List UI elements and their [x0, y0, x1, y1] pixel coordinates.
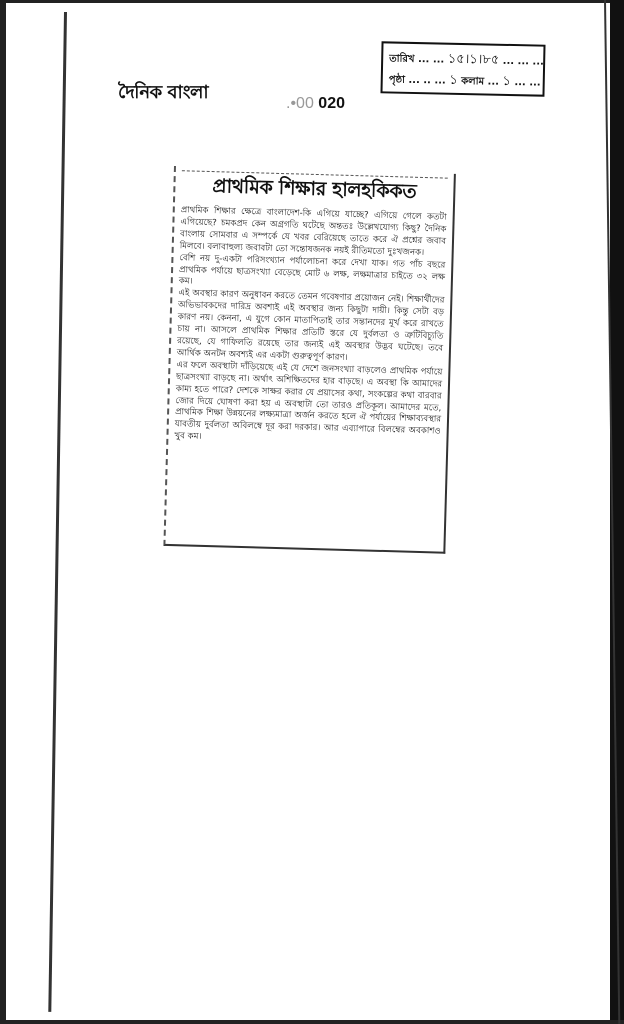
page-row: পৃষ্ঠা ... .. ... ১ কলাম ... ১ ... ...: [389, 69, 537, 93]
page-label: পৃষ্ঠা: [389, 74, 405, 85]
stamp-code-faint: .•00: [286, 95, 314, 112]
date-value: ১৫।১।৮৫: [448, 52, 500, 68]
stamp-code-number: 020: [318, 95, 345, 112]
column-label: কলাম: [461, 76, 484, 87]
date-label: তারিখ: [389, 53, 415, 65]
scan-edge-left: [0, 0, 6, 1024]
stamp-code: .•00 020: [286, 95, 345, 113]
clipping-paragraph: এই অবস্থার কারণ অনুধাবন করতে তেমন গবেষণা…: [177, 289, 445, 368]
clipping-paragraph: প্রাথমিক শিক্ষার ক্ষেত্রে বাংলাদেশ-কি এগ…: [180, 205, 447, 260]
reference-box: তারিখ ... ... ১৫।১।৮৫ ... ... ... পৃষ্ঠা…: [380, 41, 545, 96]
fold-line-left: [48, 12, 67, 1012]
newspaper-clipping: প্রাথমিক শিক্ষার হালহকিকত প্রাথমিক শিক্ষ…: [163, 166, 456, 554]
newspaper-name: দৈনিক বাংলা: [118, 78, 208, 109]
page-value: ১: [449, 73, 458, 88]
scan-edge-bottom: [0, 1020, 624, 1024]
column-value: ১: [502, 74, 511, 89]
clipping-paragraph: এর ফলে অবস্থাটা দাঁড়িয়েছে এই যে দেশে জ…: [174, 360, 442, 451]
